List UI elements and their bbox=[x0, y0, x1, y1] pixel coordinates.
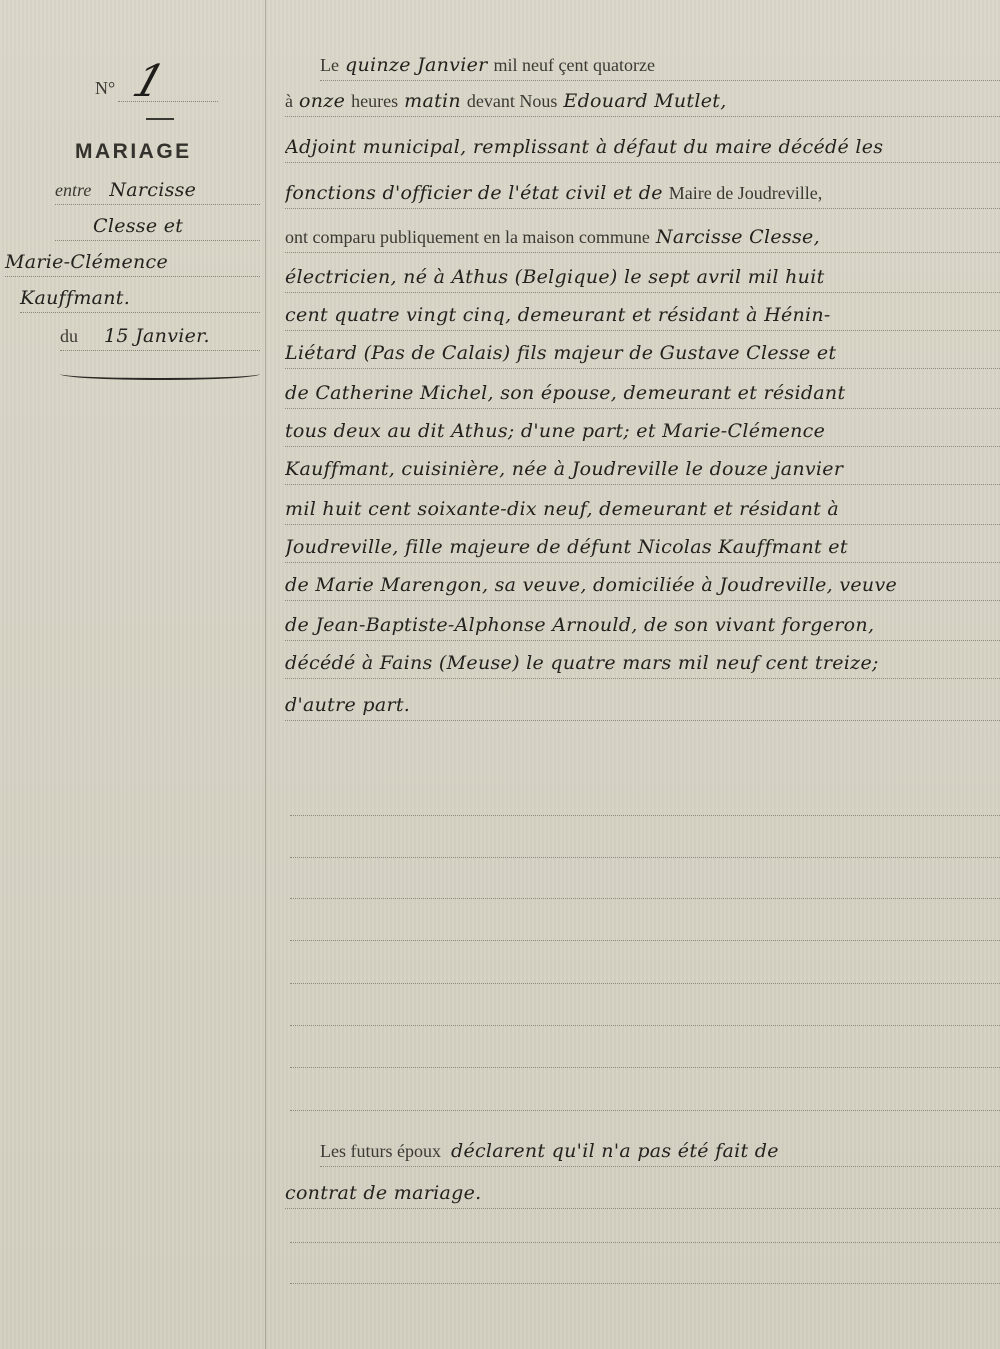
margin-entre-line: entre Narcisse bbox=[55, 176, 260, 205]
act-line: fonctions d'officier de l'état civil et … bbox=[285, 178, 1000, 209]
act-line: décédé à Fains (Meuse) le quatre mars mi… bbox=[285, 648, 1000, 679]
act-line: Liétard (Pas de Calais) fils majeur de G… bbox=[285, 338, 1000, 369]
separator-dash bbox=[146, 118, 174, 120]
spouse1-surname: Clesse et bbox=[93, 215, 183, 237]
handwritten-text: Kauffmant, cuisinière, née à Joudreville… bbox=[285, 458, 843, 480]
act-line: de Catherine Michel, son épouse, demeura… bbox=[285, 378, 1000, 409]
blank-line bbox=[290, 940, 1000, 941]
handwritten-text: décédé à Fains (Meuse) le quatre mars mi… bbox=[285, 652, 879, 674]
handwritten-text: cent quatre vingt cinq, demeurant et rés… bbox=[285, 304, 831, 326]
act-line: Joudreville, fille majeure de défunt Nic… bbox=[285, 532, 1000, 563]
handwritten-text: Liétard (Pas de Calais) fils majeur de G… bbox=[285, 342, 836, 364]
margin-flourish bbox=[60, 368, 260, 380]
document-title: MARIAGE bbox=[75, 140, 192, 164]
act-line: de Marie Marengon, sa veuve, domiciliée … bbox=[285, 570, 1000, 601]
margin-rule bbox=[265, 0, 266, 1349]
handwritten-text: Adjoint municipal, remplissant à défaut … bbox=[285, 136, 883, 158]
handwritten-text: onze bbox=[299, 90, 345, 112]
margin-spouse2-firstname-line: Marie-Clémence bbox=[5, 248, 260, 277]
blank-line bbox=[290, 815, 1000, 816]
blank-line bbox=[290, 1067, 1000, 1068]
act-line: cent quatre vingt cinq, demeurant et rés… bbox=[285, 300, 1000, 331]
margin-date-line: du 15 Janvier. bbox=[60, 322, 260, 351]
handwritten-text: de Jean-Baptiste-Alphonse Arnould, de so… bbox=[285, 614, 874, 636]
handwritten-text: quinze Janvier bbox=[345, 54, 488, 76]
du-label: du bbox=[60, 326, 78, 346]
printed-text: Maire de Joudreville, bbox=[669, 183, 822, 203]
closing-hand-1: déclarent qu'il n'a pas été fait de bbox=[451, 1140, 779, 1162]
record-number-value: 1 bbox=[127, 56, 172, 107]
record-number-underline bbox=[118, 101, 218, 102]
blank-line bbox=[290, 1110, 1000, 1111]
margin-spouse1-surname-line: Clesse et bbox=[55, 212, 260, 241]
closing-line-2: contrat de mariage. bbox=[285, 1178, 1000, 1209]
act-line: ont comparu publiquement en la maison co… bbox=[285, 222, 1000, 253]
spouse2-surname: Kauffmant. bbox=[20, 287, 130, 309]
act-line: Adjoint municipal, remplissant à défaut … bbox=[285, 132, 1000, 163]
act-line: mil huit cent soixante-dix neuf, demeura… bbox=[285, 494, 1000, 525]
closing-hand-2: contrat de mariage. bbox=[285, 1182, 481, 1204]
handwritten-text: mil huit cent soixante-dix neuf, demeura… bbox=[285, 498, 839, 520]
act-line: d'autre part. bbox=[285, 690, 1000, 721]
marriage-date: 15 Janvier. bbox=[104, 325, 210, 347]
register-page: N° 1 MARIAGE entre Narcisse Clesse et Ma… bbox=[0, 0, 1000, 1349]
entre-label: entre bbox=[55, 180, 91, 200]
handwritten-text: matin bbox=[404, 90, 461, 112]
handwritten-text: Edouard Mutlet, bbox=[563, 90, 726, 112]
margin-spouse2-surname-line: Kauffmant. bbox=[20, 284, 260, 313]
printed-text: heures bbox=[351, 91, 398, 111]
act-line: Lequinze Janviermil neuf çent quatorze bbox=[320, 50, 1000, 81]
spouse2-firstname: Marie-Clémence bbox=[5, 251, 168, 273]
handwritten-text: d'autre part. bbox=[285, 694, 410, 716]
act-line: àonzeheuresmatindevant NousEdouard Mutle… bbox=[285, 86, 1000, 117]
act-line: Kauffmant, cuisinière, née à Joudreville… bbox=[285, 454, 1000, 485]
spouse1-firstname: Narcisse bbox=[109, 179, 196, 201]
act-line: tous deux au dit Athus; d'une part; et M… bbox=[285, 416, 1000, 447]
printed-text: mil neuf çent quatorze bbox=[494, 55, 655, 75]
handwritten-text: Joudreville, fille majeure de défunt Nic… bbox=[285, 536, 848, 558]
handwritten-text: électricien, né à Athus (Belgique) le se… bbox=[285, 266, 825, 288]
blank-line bbox=[290, 983, 1000, 984]
blank-line bbox=[290, 1283, 1000, 1284]
blank-line bbox=[290, 1025, 1000, 1026]
act-line: de Jean-Baptiste-Alphonse Arnould, de so… bbox=[285, 610, 1000, 641]
handwritten-text: Narcisse Clesse, bbox=[656, 226, 820, 248]
record-number: N° 1 bbox=[95, 78, 115, 100]
printed-text: Le bbox=[320, 55, 339, 75]
closing-line-1: Les futurs époux déclarent qu'il n'a pas… bbox=[320, 1136, 1000, 1167]
printed-text: devant Nous bbox=[467, 91, 557, 111]
handwritten-text: tous deux au dit Athus; d'une part; et M… bbox=[285, 420, 825, 442]
blank-line bbox=[290, 1242, 1000, 1243]
printed-text: ont comparu publiquement en la maison co… bbox=[285, 227, 650, 247]
blank-line bbox=[290, 857, 1000, 858]
handwritten-text: fonctions d'officier de l'état civil et … bbox=[285, 182, 663, 204]
printed-text: à bbox=[285, 91, 293, 111]
closing-print: Les futurs époux bbox=[320, 1141, 441, 1161]
record-number-label: N° bbox=[95, 78, 115, 98]
blank-line bbox=[290, 898, 1000, 899]
act-line: électricien, né à Athus (Belgique) le se… bbox=[285, 262, 1000, 293]
handwritten-text: de Marie Marengon, sa veuve, domiciliée … bbox=[285, 574, 897, 596]
handwritten-text: de Catherine Michel, son épouse, demeura… bbox=[285, 382, 845, 404]
